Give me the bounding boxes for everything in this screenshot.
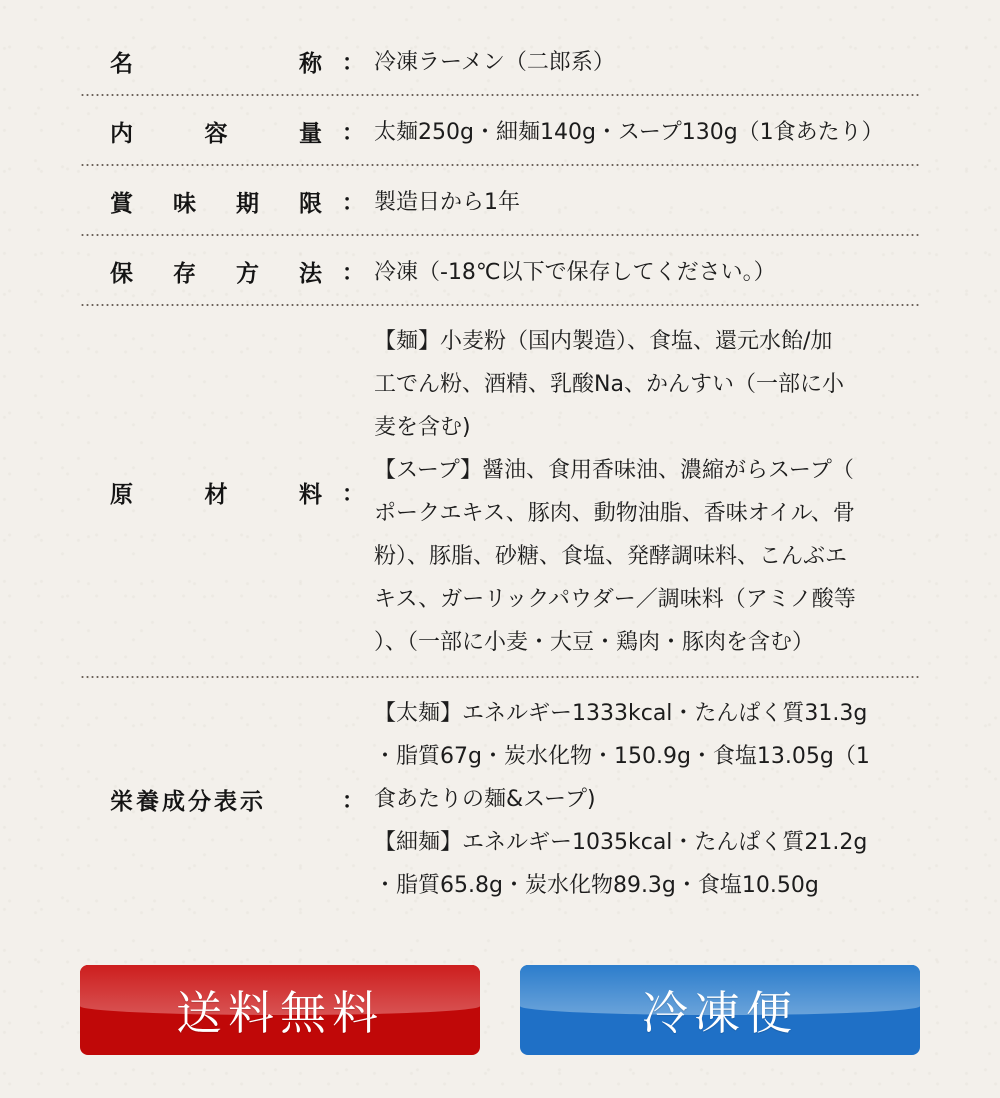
ingredients-line: ）、（一部に小麦・大豆・鶏肉・豚肉を含む） [374,621,920,664]
spec-label-storage: 保 存 方 法 [110,255,322,288]
spec-row-contents: 内 容 量 ： 太麺250g・細麺140g・スープ130g（1食あたり） [80,96,920,166]
spec-row-nutrition: 栄養成分表示 ： 【太麺】エネルギー1333kcal・たんぱく質31.3g ・脂… [80,678,920,907]
ingredients-line: ポークエキス、豚肉、動物油脂、香味オイル、骨 [374,492,920,535]
ingredients-line: 【スープ】醤油、食用香味油、濃縮がらスープ（ [374,449,920,492]
spec-row-ingredients: 原 材 料 ： 【麺】小麦粉（国内製造）、食塩、還元水飴/加 工でん粉、酒精、乳… [80,306,920,678]
nutrition-line: ・脂質67g・炭水化物・150.9g・食塩13.05g（1 [374,735,920,778]
spec-label-name: 名 称 [110,45,322,78]
frozen-delivery-label: 冷凍便 [642,977,798,1043]
ingredients-line: キス、ガーリックパウダー／調味料（アミノ酸等 [374,578,920,621]
nutrition-line: 【太麺】エネルギー1333kcal・たんぱく質31.3g [374,692,920,735]
ingredients-line: 【麺】小麦粉（国内製造）、食塩、還元水飴/加 [374,320,920,363]
ingredients-line: 粉）、豚脂、砂糖、食塩、発酵調味料、こんぶエ [374,535,920,578]
spec-label-nutrition: 栄養成分表示 [110,783,322,816]
nutrition-line: ・脂質65.8g・炭水化物89.3g・食塩10.50g [374,864,920,907]
ingredients-line: 工でん粉、酒精、乳酸Na、かんすい（一部に小 [374,363,920,406]
colon-separator: ： [342,477,374,508]
colon-separator: ： [342,256,374,287]
spec-value-storage: 冷凍（-18℃以下で保存してください。） [374,249,920,294]
colon-separator: ： [342,784,374,815]
spec-value-name: 冷凍ラーメン（二郎系） [374,39,920,84]
spec-value-nutrition: 【太麺】エネルギー1333kcal・たんぱく質31.3g ・脂質67g・炭水化物… [374,692,920,907]
colon-separator: ： [342,46,374,77]
colon-separator: ： [342,186,374,217]
free-shipping-badge: 送料無料 [80,965,480,1055]
spec-row-name: 名 称 ： 冷凍ラーメン（二郎系） [80,26,920,96]
ingredients-line: 麦を含む) [374,406,920,449]
spec-label-contents: 内 容 量 [110,115,322,148]
product-spec-table: 名 称 ： 冷凍ラーメン（二郎系） 内 容 量 ： 太麺250g・細麺140g・… [80,26,920,907]
spec-value-expiry: 製造日から1年 [374,179,920,224]
spec-label-ingredients: 原 材 料 [110,476,322,509]
nutrition-line: 【細麺】エネルギー1035kcal・たんぱく質21.2g [374,821,920,864]
frozen-delivery-badge: 冷凍便 [520,965,920,1055]
spec-row-storage: 保 存 方 法 ： 冷凍（-18℃以下で保存してください。） [80,236,920,306]
spec-label-expiry: 賞 味 期 限 [110,185,322,218]
spec-value-ingredients: 【麺】小麦粉（国内製造）、食塩、還元水飴/加 工でん粉、酒精、乳酸Na、かんすい… [374,320,920,664]
spec-value-contents: 太麺250g・細麺140g・スープ130g（1食あたり） [374,109,920,154]
spec-row-expiry: 賞 味 期 限 ： 製造日から1年 [80,166,920,236]
shipping-badges: 送料無料 冷凍便 [80,965,920,1055]
free-shipping-label: 送料無料 [176,977,384,1043]
nutrition-line: 食あたりの麺&スープ) [374,778,920,821]
colon-separator: ： [342,116,374,147]
